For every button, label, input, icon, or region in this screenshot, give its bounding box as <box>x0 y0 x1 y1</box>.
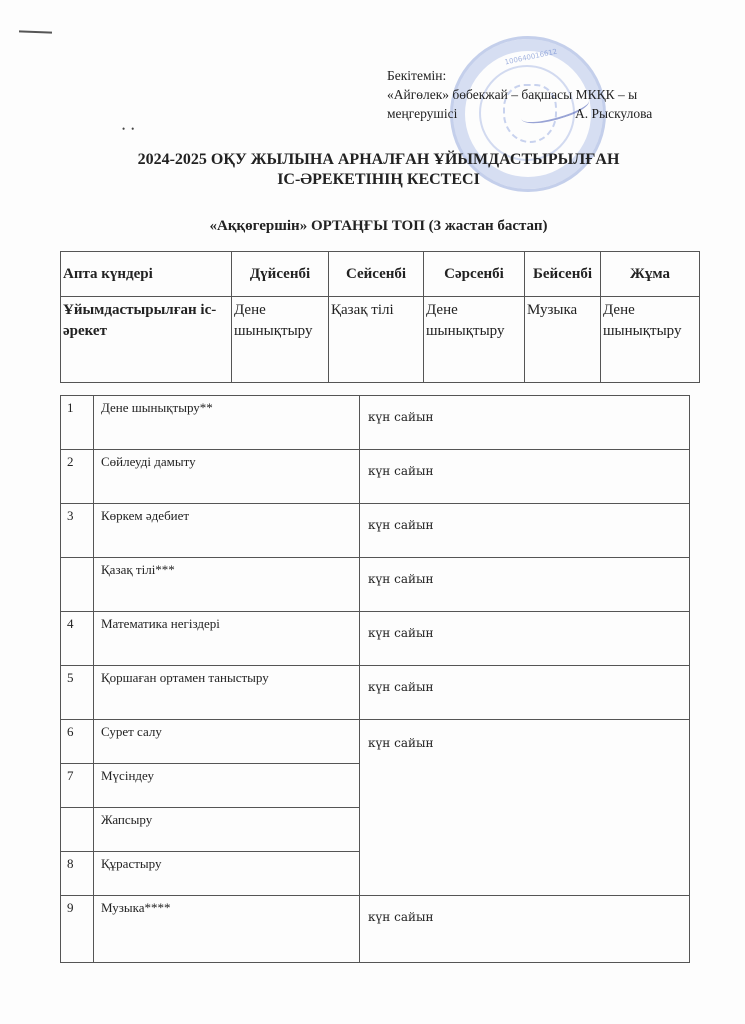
frequency-cell: күн сайын <box>360 396 690 450</box>
director-name: А. Рыскулова <box>575 104 652 123</box>
header-cell: Сәрсенбі <box>424 252 525 297</box>
row-number-cell: 3 <box>61 504 94 558</box>
header-cell: Жұма <box>601 252 700 297</box>
table-header-row: Апта күндері Дүйсенбі Сейсенбі Сәрсенбі … <box>61 252 700 297</box>
subject-name-cell: Дене шынықтыру** <box>94 396 360 450</box>
subject-name-cell: Құрастыру <box>94 852 360 896</box>
document-title-line-1: 2024-2025 ОҚУ ЖЫЛЫНА АРНАЛҒАН ҰЙЫМДАСТЫР… <box>6 150 745 170</box>
subjects-frequency-table: 1Дене шынықтыру**күн сайын2Сөйлеуді дамы… <box>60 395 690 963</box>
table-cell: Музыка <box>525 297 601 383</box>
table-cell: Дене шынықтыру <box>601 297 700 383</box>
row-number-cell: 4 <box>61 612 94 666</box>
table-row: 3Көркем әдебиеткүн сайын <box>61 504 690 558</box>
row-number-cell: 7 <box>61 764 94 808</box>
table-cell: Қазақ тілі <box>329 297 424 383</box>
frequency-cell: күн сайын <box>360 720 690 896</box>
table-row: 6Сурет салукүн сайын <box>61 720 690 764</box>
frequency-cell: күн сайын <box>360 612 690 666</box>
table-cell: Дене шынықтыру <box>232 297 329 383</box>
frequency-cell: күн сайын <box>360 896 690 963</box>
subject-name-cell: Қоршаған ортамен таныстыру <box>94 666 360 720</box>
frequency-cell: күн сайын <box>360 450 690 504</box>
row-number-cell: 2 <box>61 450 94 504</box>
group-subtitle: «Аққөгершін» ОРТАҢҒЫ ТОП (3 жастан баста… <box>6 218 745 235</box>
frequency-cell: күн сайын <box>360 558 690 612</box>
approval-block: Бекітемін: «Айгөлек» бөбекжай – бақшасы … <box>387 66 637 123</box>
document-title-line-2: ІС-ӘРЕКЕТІНІҢ КЕСТЕСІ <box>6 170 745 190</box>
table-row: 2Сөйлеуді дамытукүн сайын <box>61 450 690 504</box>
subject-name-cell: Қазақ тілі*** <box>94 558 360 612</box>
table-row: Қазақ тілі***күн сайын <box>61 558 690 612</box>
row-number-cell: 9 <box>61 896 94 963</box>
header-cell: Апта күндері <box>61 252 232 297</box>
frequency-cell: күн сайын <box>360 666 690 720</box>
subject-name-cell: Мүсіндеу <box>94 764 360 808</box>
row-number-cell <box>61 808 94 852</box>
row-label-cell: Ұйымдастырылған іс-әрекет <box>61 297 232 383</box>
subject-name-cell: Жапсыру <box>94 808 360 852</box>
subject-name-cell: Сурет салу <box>94 720 360 764</box>
approval-organization: «Айгөлек» бөбекжай – бақшасы МКҚК – ы <box>387 85 637 104</box>
subject-name-cell: Сөйлеуді дамыту <box>94 450 360 504</box>
row-number-cell: 6 <box>61 720 94 764</box>
row-number-cell: 8 <box>61 852 94 896</box>
table-cell: Дене шынықтыру <box>424 297 525 383</box>
scan-mark <box>19 30 52 33</box>
table-row: Ұйымдастырылған іс-әрекет Дене шынықтыру… <box>61 297 700 383</box>
row-number-cell <box>61 558 94 612</box>
frequency-cell: күн сайын <box>360 504 690 558</box>
table-row: 4Математика негіздерікүн сайын <box>61 612 690 666</box>
header-cell: Сейсенбі <box>329 252 424 297</box>
subject-name-cell: Математика негіздері <box>94 612 360 666</box>
header-cell: Бейсенбі <box>525 252 601 297</box>
subject-name-cell: Көркем әдебиет <box>94 504 360 558</box>
scan-specks: •• <box>122 124 140 134</box>
approval-heading: Бекітемін: <box>387 66 637 85</box>
weekly-schedule-table: Апта күндері Дүйсенбі Сейсенбі Сәрсенбі … <box>60 251 700 383</box>
subject-name-cell: Музыка**** <box>94 896 360 963</box>
table-row: 1Дене шынықтыру**күн сайын <box>61 396 690 450</box>
row-number-cell: 1 <box>61 396 94 450</box>
table-row: 5Қоршаған ортамен таныстырукүн сайын <box>61 666 690 720</box>
header-cell: Дүйсенбі <box>232 252 329 297</box>
table-row: 9Музыка****күн сайын <box>61 896 690 963</box>
row-number-cell: 5 <box>61 666 94 720</box>
